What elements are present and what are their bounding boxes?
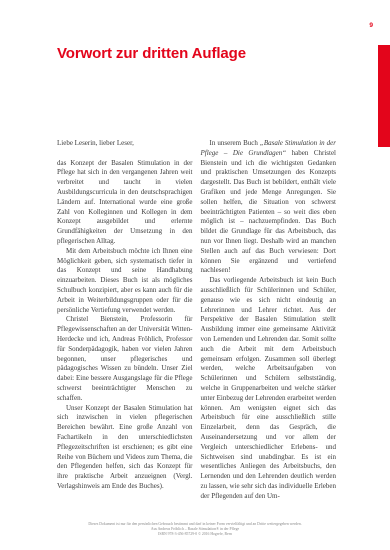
paragraph: Das vorliegende Arbeitsbuch ist kein Buc… xyxy=(201,276,337,501)
salutation: Liebe Leserin, lieber Leser, xyxy=(57,139,193,149)
paragraph: Unser Konzept der Basalen Stimulation ha… xyxy=(57,404,193,492)
paragraph: das Konzept der Basalen Stimulation in d… xyxy=(57,159,193,247)
paragraph-text: In unserem Buch xyxy=(210,139,260,147)
accent-bar xyxy=(378,45,390,147)
copyright-footer-text: Dieses Dokument ist nur für den persönli… xyxy=(4,521,386,537)
page-number: 9 xyxy=(369,22,373,29)
paragraph: Mit dem Arbeitsbuch möchte ich Ihnen ein… xyxy=(57,247,193,316)
text-columns: Liebe Leserin, lieber Leser, das Konzept… xyxy=(57,139,336,501)
paragraph-text: haben Christel Bienstein und ich die wic… xyxy=(201,149,337,275)
paragraph: Christel Bienstein, Professorin für Pfle… xyxy=(57,315,193,403)
document-page: 9 Vorwort zur dritten Auflage Liebe Lese… xyxy=(0,0,390,550)
left-column: Liebe Leserin, lieber Leser, das Konzept… xyxy=(57,139,193,501)
paragraph: In unserem Buch „Basale Stimulation in d… xyxy=(201,139,337,276)
footer-line: ISBN 978-3-456-85729-0 © 2016 Hogrefe, B… xyxy=(4,531,386,536)
page-title: Vorwort zur dritten Auflage xyxy=(57,45,347,62)
copyright-footer: Dieses Dokument ist nur für den persönli… xyxy=(0,521,390,550)
right-column: In unserem Buch „Basale Stimulation in d… xyxy=(201,139,337,501)
